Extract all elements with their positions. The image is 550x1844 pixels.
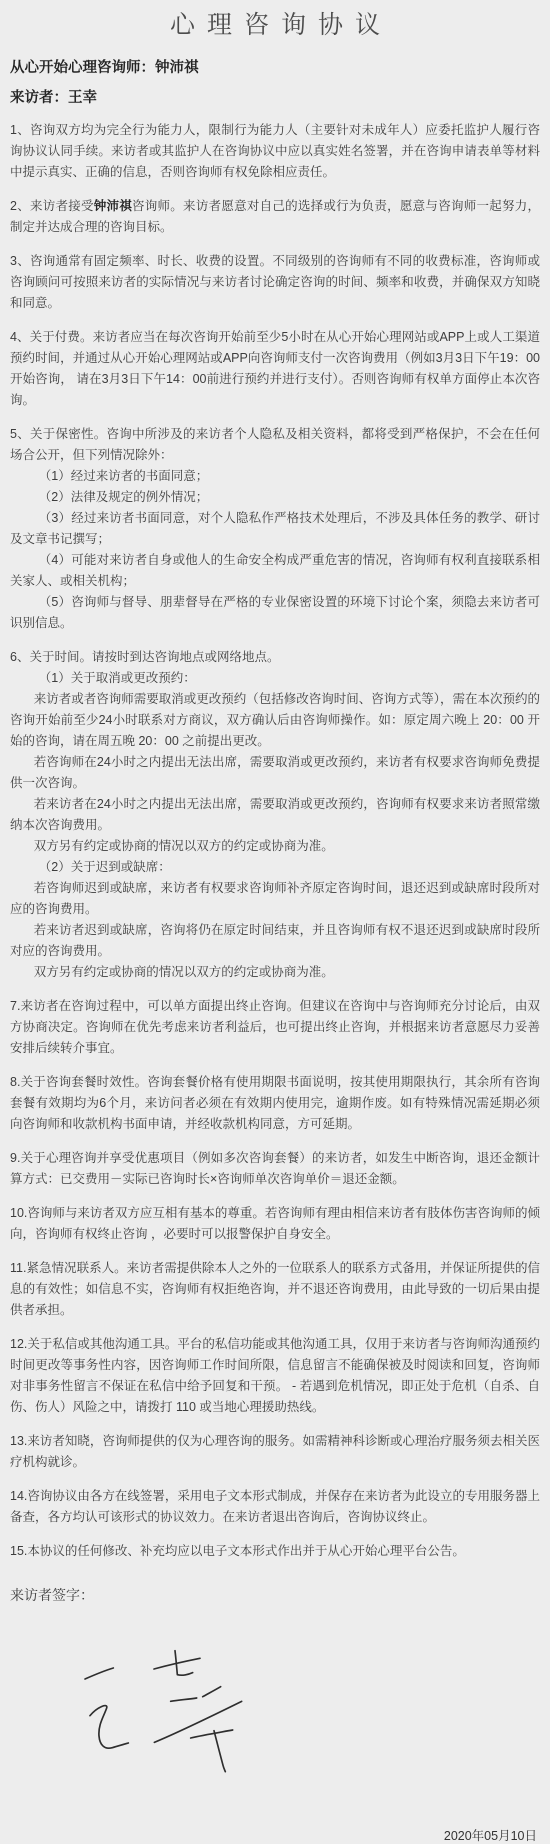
clause-6-item-1-text-4: 双方另有约定或协商的情况以双方的约定或协商为准。 (10, 836, 540, 857)
counselor-line: 从心开始心理咨询师：钟沛祺 (10, 60, 540, 77)
clause-5-item-3: （3）经过来访者书面同意，对个人隐私作严格技术处理后，不涉及具体任务的教学、研讨… (10, 508, 540, 550)
clause-5-item-2: （2）法律及规定的例外情况； (10, 487, 540, 508)
clause-9: 9.关于心理咨询并享受优惠项目（例如多次咨询套餐）的来访者，如发生中断咨询，退还… (10, 1148, 540, 1190)
clause-11: 11.紧急情况联系人。来访者需提供除本人之外的一位联系人的联系方式备用，并保证所… (10, 1258, 540, 1321)
clause-2-prefix: 2、来访者接受 (10, 199, 94, 213)
clause-6-item-2: （2）关于迟到或缺席： (10, 857, 540, 878)
signature-handwriting (60, 1634, 280, 1804)
clause-6: 6、关于时间。请按时到达咨询地点或网络地点。 (10, 647, 540, 668)
clause-6-item-1-text-3: 若来访者在24小时之内提出无法出席，需要取消或更改预约，咨询师有权要求来访者照常… (10, 794, 540, 836)
page-title: 心理咨询协议 (10, 10, 540, 40)
clause-15: 15.本协议的任何修改、补充均应以电子文本形式作出并于从心开始心理平台公告。 (10, 1541, 540, 1562)
clause-7: 7.来访者在咨询过程中，可以单方面提出终止咨询。但建议在咨询中与咨询师充分讨论后… (10, 996, 540, 1059)
date-text: 2020年05月10日 (10, 1828, 537, 1844)
clause-6-item-2-text-2: 若来访者迟到或缺席，咨询将仍在原定时间结束，并且咨询师有权不退还迟到或缺席时段所… (10, 920, 540, 962)
clause-10: 10.咨询师与来访者双方应互相有基本的尊重。若咨询师有理由相信来访者有肢体伤害咨… (10, 1203, 540, 1245)
clause-6-item-2-text-3: 双方另有约定或协商的情况以双方的约定或协商为准。 (10, 962, 540, 983)
clause-6-item-1-text-1: 来访者或者咨询师需要取消或更改预约（包括修改咨询时间、咨询方式等），需在本次预约… (10, 689, 540, 752)
clause-3: 3、咨询通常有固定频率、时长、收费的设置。不同级别的咨询师有不同的收费标准，咨询… (10, 251, 540, 314)
clause-5-item-4: （4）可能对来访者自身或他人的生命安全构成严重危害的情况，咨询师有权利直接联系相… (10, 550, 540, 592)
agreement-document: 心理咨询协议 从心开始心理咨询师：钟沛祺 来访者：王幸 1、咨询双方均为完全行为… (0, 0, 550, 1844)
clause-12: 12.关于私信或其他沟通工具。平台的私信功能或其他沟通工具，仅用于来访者与咨询师… (10, 1334, 540, 1418)
clause-6-item-1-text-2: 若咨询师在24小时之内提出无法出席，需要取消或更改预约，来访者有权要求咨询师免费… (10, 752, 540, 794)
counselor-name: 钟沛祺 (94, 199, 132, 213)
signature-label: 来访者签字： (10, 1586, 540, 1604)
clause-6-item-2-text-1: 若咨询师迟到或缺席，来访者有权要求咨询师补齐原定咨询时间，退还迟到或缺席时段所对… (10, 878, 540, 920)
clause-6-item-1: （1）关于取消或更改预约： (10, 668, 540, 689)
clause-1: 1、咨询双方均为完全行为能力人，限制行为能力人（主要针对未成年人）应委托监护人履… (10, 120, 540, 183)
clause-13: 13.来访者知晓，咨询师提供的仅为心理咨询的服务。如需精神科诊断或心理治疗服务须… (10, 1431, 540, 1473)
clause-8: 8.关于咨询套餐时效性。咨询套餐价格有使用期限书面说明，按其使用期限执行，其余所… (10, 1072, 540, 1135)
clause-14: 14.咨询协议由各方在线签署，采用电子文本形式制成，并保存在来访者为此设立的专用… (10, 1486, 540, 1528)
clause-5: 5、关于保密性。咨询中所涉及的来访者个人隐私及相关资料，都将受到严格保护，不会在… (10, 424, 540, 466)
clause-5-item-5: （5）咨询师与督导、朋辈督导在严格的专业保密设置的环境下讨论个案，须隐去来访者可… (10, 592, 540, 634)
client-line: 来访者：王幸 (10, 90, 540, 107)
clause-4: 4、关于付费。来访者应当在每次咨询开始前至少5小时在从心开始心理网站或APP上或… (10, 327, 540, 411)
clause-2: 2、来访者接受钟沛祺咨询师。来访者愿意对自己的选择或行为负责，愿意与咨询师一起努… (10, 196, 540, 238)
clause-5-item-1: （1）经过来访者的书面同意； (10, 466, 540, 487)
